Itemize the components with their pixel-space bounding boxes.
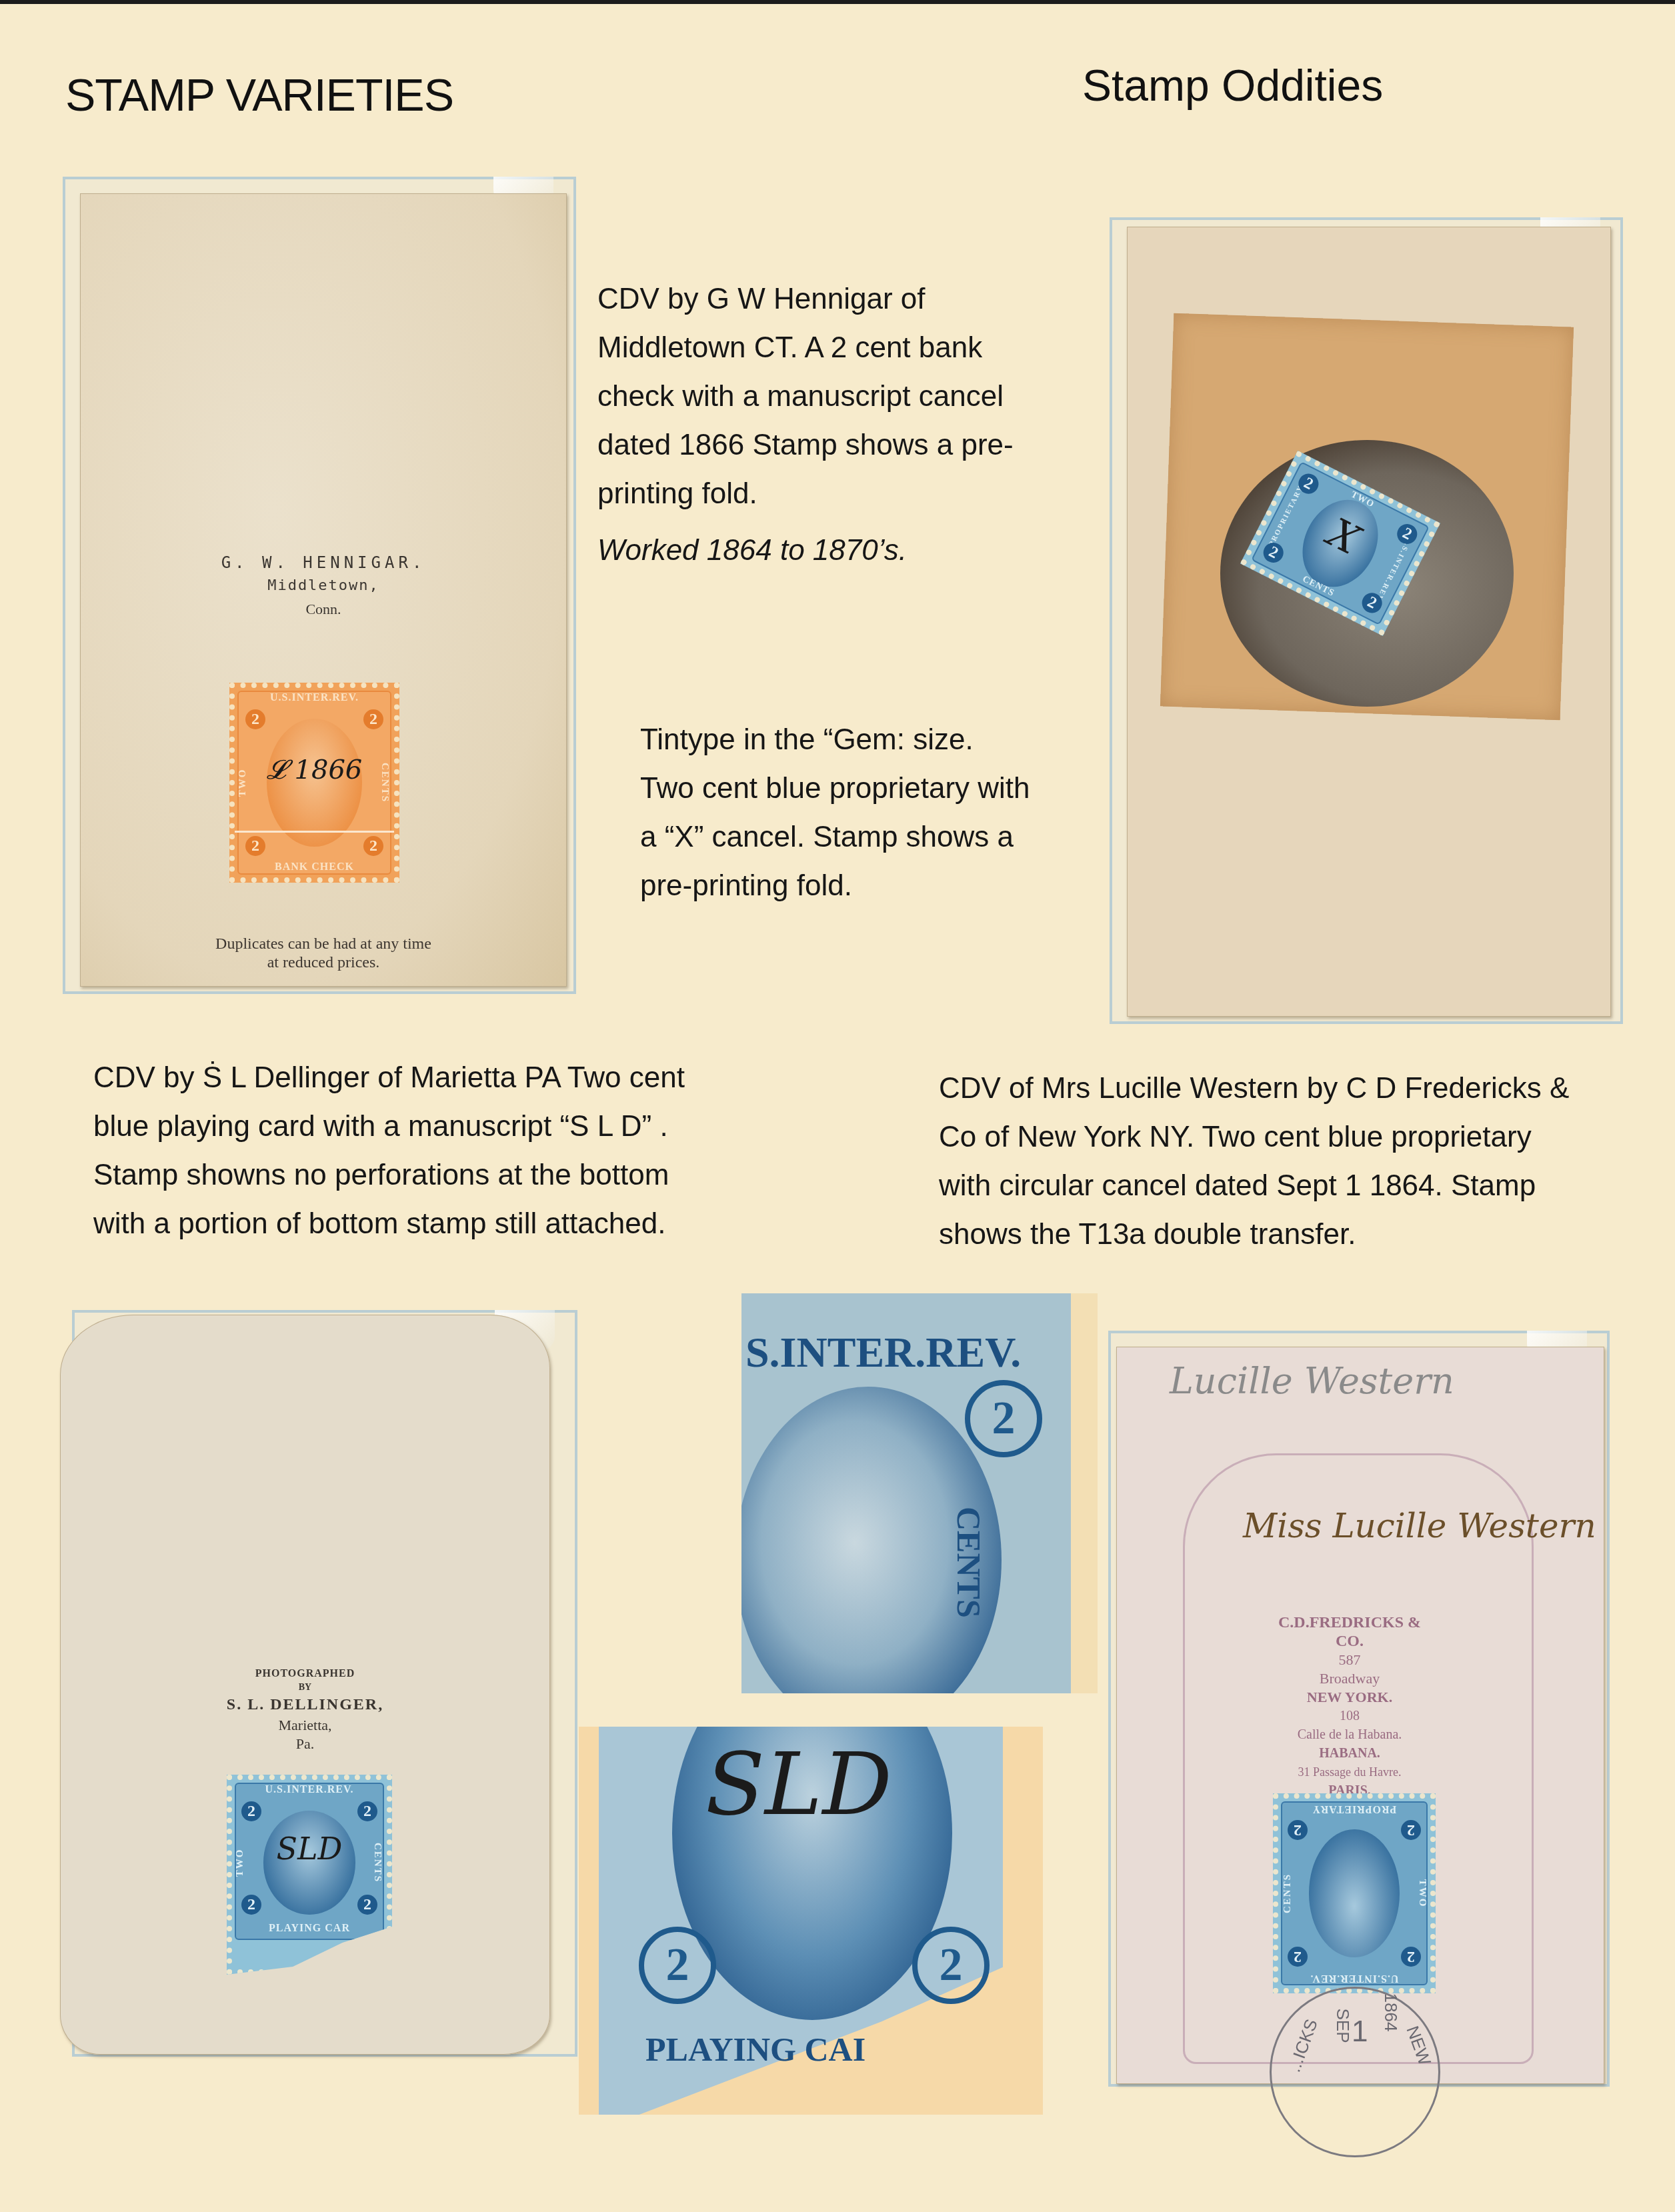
stamp-right-legend: CENTS xyxy=(1283,1873,1294,1913)
caption-line: CDV of Mrs Lucille Western by C D Freder… xyxy=(939,1064,1569,1113)
denomination-numeral: 2 xyxy=(363,836,383,856)
caption-line: dated 1866 Stamp shows a pre- xyxy=(597,421,1014,469)
denomination-numeral: 2 xyxy=(1401,1820,1421,1840)
caption-italic-note: Worked 1864 to 1870’s. xyxy=(597,526,1014,575)
denomination-numeral: 2 xyxy=(245,709,265,729)
caption-dellinger: CDV by Ṡ L Dellinger of Marietta PA Two … xyxy=(93,1053,685,1248)
caption-line: Tintype in the “Gem: size. xyxy=(640,715,1030,764)
imprint-line: NEW YORK. xyxy=(1270,1688,1430,1707)
stamp-left-legend: TWO xyxy=(1416,1879,1428,1908)
caption-tintype: Tintype in the “Gem: size. Two cent blue… xyxy=(640,715,1030,910)
pencil-inscription: Lucille Western xyxy=(1170,1360,1454,1402)
stamp-proprietary-blue-inverted[interactable]: U.S.INTER.REV. PROPRIETARY TWO CENTS 2 2… xyxy=(1273,1793,1436,1993)
closeup-numeral: 2 xyxy=(965,1380,1042,1457)
denomination-numeral: 2 xyxy=(241,1895,261,1915)
card-footer-note: Duplicates can be had at any time at red… xyxy=(80,935,567,972)
denomination-numeral: 2 xyxy=(245,836,265,856)
stamp-bottom-legend: BANK CHECK xyxy=(229,861,399,873)
cdv-card-hennigar[interactable]: G. W. HENNIGAR. Middletown, Conn. U.S.IN… xyxy=(80,193,567,987)
caption-line: Two cent blue proprietary with xyxy=(640,764,1030,813)
imprint-state: Conn. xyxy=(80,601,567,618)
postmark-month: SEP xyxy=(1332,2008,1353,2043)
page-title-stamp-oddities: Stamp Oddities xyxy=(1082,60,1383,111)
caption-line: CDV by Ṡ L Dellinger of Marietta PA Two … xyxy=(93,1053,685,1102)
caption-line: pre-printing fold. xyxy=(640,861,1030,910)
imprint-line: Calle de la Habana. xyxy=(1270,1725,1430,1744)
stamp-bank-check-orange[interactable]: U.S.INTER.REV. BANK CHECK TWO CENTS 2 2 … xyxy=(229,683,399,883)
imprint-state: Pa. xyxy=(60,1735,550,1753)
stamp-top-legend: U.S.INTER.REV. xyxy=(1273,1972,1436,1984)
imprint-line: 587 xyxy=(1270,1651,1430,1669)
caption-line: CDV by G W Hennigar of xyxy=(597,275,1014,323)
stamp-bottom-legend: PROPRIETARY xyxy=(1273,1803,1436,1815)
caption-line: Co of New York NY. Two cent blue proprie… xyxy=(939,1113,1569,1161)
stamp-playing-card-blue[interactable]: U.S.INTER.REV. PLAYING CAR TWO CENTS 2 2… xyxy=(227,1775,392,1975)
caption-line: check with a manuscript cancel xyxy=(597,372,1014,421)
manuscript-cancel-sld: SLD xyxy=(227,1831,392,1867)
imprint-line: 108 xyxy=(1270,1707,1430,1725)
cdv-card-fredericks[interactable]: Lucille Western Miss Lucille Western C.D… xyxy=(1116,1347,1604,2084)
closeup-legend-right: CENTS xyxy=(950,1507,988,1618)
closeup-manuscript-cancel: SLD xyxy=(705,1733,892,1835)
closeup-legend-bottom: PLAYING CAI xyxy=(645,2030,866,2069)
caption-line: blue playing card with a manuscript “S L… xyxy=(93,1102,685,1151)
scan-edge xyxy=(0,0,1675,4)
imprint-town: Marietta, xyxy=(60,1717,550,1734)
caption-fredericks: CDV of Mrs Lucille Western by C D Freder… xyxy=(939,1064,1569,1259)
photographer-imprint-hennigar: G. W. HENNIGAR. Middletown, Conn. xyxy=(80,553,567,618)
closeup-double-transfer[interactable]: S.INTER.REV. CENTS 2 xyxy=(741,1293,1098,1693)
photographer-imprint-fredericks: C.D.FREDRICKS & CO. 587 Broadway NEW YOR… xyxy=(1270,1613,1430,1800)
cdv-card-dellinger[interactable]: PHOTOGRAPHED BY S. L. DELLINGER, Mariett… xyxy=(60,1315,550,2055)
circular-datestamp: ...ICKS SEP 1 1864 NEW xyxy=(1270,1987,1440,2157)
caption-line: a “X” cancel. Stamp shows a xyxy=(640,813,1030,861)
stamp-portrait-washington xyxy=(1309,1829,1400,1957)
denomination-numeral: 2 xyxy=(357,1801,377,1821)
denomination-numeral: 2 xyxy=(241,1801,261,1821)
pre-printing-fold xyxy=(235,831,394,833)
caption-line: with circular cancel dated Sept 1 1864. … xyxy=(939,1161,1569,1210)
stamp-bottom-legend: PLAYING CAR xyxy=(227,1923,392,1935)
stamp-top-legend: U.S.INTER.REV. xyxy=(229,692,399,704)
imprint-photographed: PHOTOGRAPHED xyxy=(60,1668,550,1680)
closeup-playing-card-torn[interactable]: 2 2 PLAYING CAI SLD xyxy=(579,1727,1043,2115)
footer-line: Duplicates can be had at any time xyxy=(80,935,567,953)
caption-line: shows the T13a double transfer. xyxy=(939,1210,1569,1259)
denomination-numeral: 2 xyxy=(1401,1947,1421,1967)
denomination-numeral: 2 xyxy=(363,709,383,729)
closeup-numeral-right: 2 xyxy=(912,1927,990,2004)
imprint-town: Middletown, xyxy=(80,577,567,594)
imprint-name: G. W. HENNIGAR. xyxy=(80,553,567,572)
closeup-legend-top: S.INTER.REV. xyxy=(745,1328,1021,1377)
footer-line: at reduced prices. xyxy=(80,953,567,972)
postmark-year: 1864 xyxy=(1380,1993,1401,2032)
manuscript-cancel: 𝓛 1866 xyxy=(229,755,399,785)
imprint-line: HABANA. xyxy=(1270,1744,1430,1763)
stamp-top-legend: U.S.INTER.REV. xyxy=(227,1784,392,1796)
caption-line: Stamp showns no perforations at the bott… xyxy=(93,1151,685,1199)
tintype-card[interactable]: TWO CENTS PROPRIETARY U.S.INTER.REV. 2 2… xyxy=(1127,227,1611,1017)
closeup-numeral-left: 2 xyxy=(639,1927,716,2004)
ink-inscription: Miss Lucille Western xyxy=(1243,1507,1596,1545)
caption-line: Middletown CT. A 2 cent bank xyxy=(597,323,1014,372)
denomination-numeral: 2 xyxy=(357,1895,377,1915)
caption-line: printing fold. xyxy=(597,469,1014,518)
caption-line: with a portion of bottom stamp still att… xyxy=(93,1199,685,1248)
imprint-by: BY xyxy=(60,1683,550,1693)
photographer-imprint-dellinger: PHOTOGRAPHED BY S. L. DELLINGER, Mariett… xyxy=(60,1668,550,1753)
page-title-stamp-varieties: STAMP VARIETIES xyxy=(65,69,453,121)
denomination-numeral: 2 xyxy=(1288,1947,1308,1967)
imprint-studio: C.D.FREDRICKS & CO. xyxy=(1270,1613,1430,1651)
postmark-text: ...ICKS xyxy=(1284,2017,1322,2075)
imprint-line: 31 Passage du Havre. xyxy=(1270,1763,1430,1781)
caption-hennigar: CDV by G W Hennigar of Middletown CT. A … xyxy=(597,275,1014,575)
imprint-name: S. L. DELLINGER, xyxy=(60,1696,550,1714)
denomination-numeral: 2 xyxy=(1288,1820,1308,1840)
postmark-day: 1 xyxy=(1352,2015,1368,2049)
imprint-line: Broadway xyxy=(1270,1669,1430,1688)
